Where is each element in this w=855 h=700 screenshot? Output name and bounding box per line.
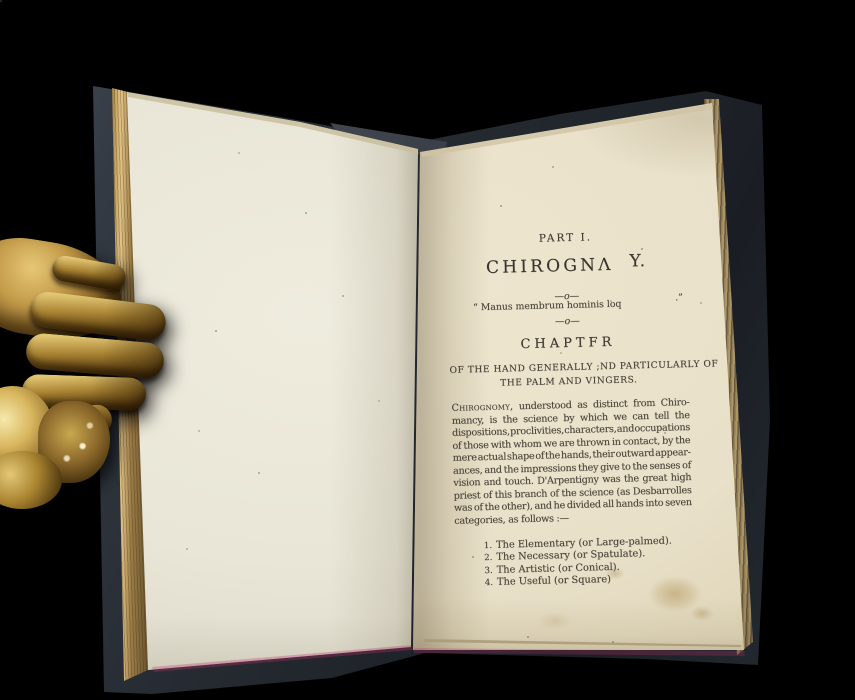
page-title: CHIROGNΛY. (444, 253, 688, 279)
subject-line-2: THE PALM AND VINGERS. (447, 374, 691, 390)
photo-scene: PART I. CHIROGNΛY. —o— “ Manus membrum h… (0, 0, 855, 700)
ornament-divider: —o— (445, 313, 689, 330)
subject-line-1-left: OF THE HAND GENERALLY ; (449, 362, 600, 376)
latin-quote-right: .” (675, 292, 683, 303)
title-left: CHIROGNΛ (486, 255, 614, 278)
page-text-block: PART I. CHIROGNΛY. —o— “ Manus membrum h… (443, 218, 697, 624)
body-paragraph: Chirognomy,understoodasdistinctfromChiro… (451, 397, 692, 528)
brass-hand-sculpture (0, 236, 205, 496)
title-right: Y. (629, 251, 646, 271)
subject-line-1: OF THE HAND GENERALLY ; ND PARTICULARLY … (446, 360, 690, 376)
chapter-heading: CHAPTFR (446, 333, 690, 354)
latin-quote-left: “ Manus membrum hominis loq (473, 299, 622, 314)
hand-categories-list: 1.The Elementary (or Large-palmed). 2.Th… (484, 536, 673, 590)
part-label: PART I. (443, 229, 687, 247)
